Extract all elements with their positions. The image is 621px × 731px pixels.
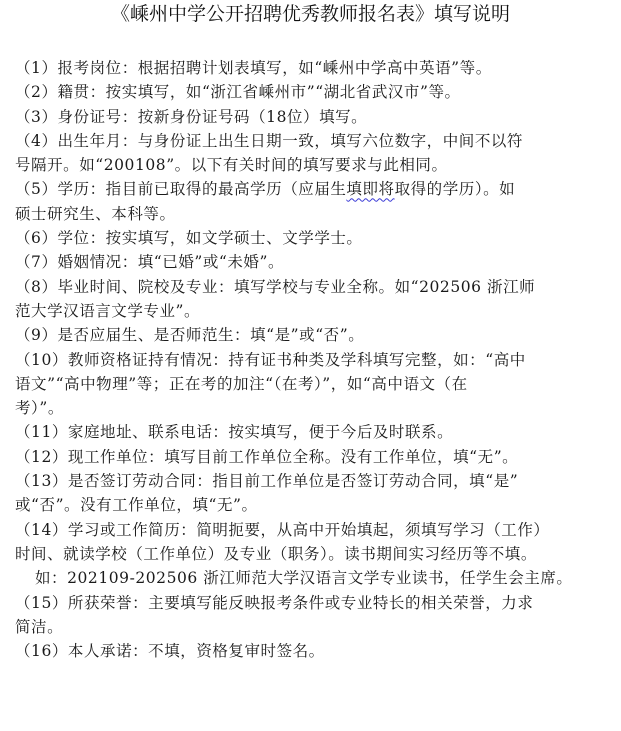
- instruction-line-8-cont: 范大学汉语言文学专业”。: [15, 299, 615, 323]
- instruction-line-10-cont: 语文”“高中物理”等；正在考的加注“（在考）”，如“高中语文（在: [15, 372, 615, 396]
- instruction-line-13: （13）是否签订劳动合同：指目前工作单位是否签订劳动合同，填“是”: [15, 469, 615, 493]
- instruction-line-3: （3）身份证号：按新身份证号码（18位）填写。: [15, 105, 615, 129]
- instruction-line-5-before: （5）学历：指目前已取得的最高学历（应届生: [15, 180, 346, 198]
- instruction-line-2: （2）籍贯：按实填写，如“浙江省嵊州市”“湖北省武汉市”等。: [15, 80, 615, 104]
- instructions-body: （1）报考岗位：根据招聘计划表填写，如“嵊州中学高中英语”等。 （2）籍贯：按实…: [15, 56, 615, 663]
- instruction-line-5: （5）学历：指目前已取得的最高学历（应届生填即将取得的学历）。如: [15, 177, 615, 201]
- instruction-line-6: （6）学位：按实填写，如文学硕士、文学学士。: [15, 226, 615, 250]
- instruction-line-4-cont: 号隔开。如“200108”。以下有关时间的填写要求与此相同。: [15, 153, 615, 177]
- spellcheck-underlined-text: 填即将: [346, 180, 394, 198]
- instruction-line-12: （12）现工作单位：填写目前工作单位全称。没有工作单位，填“无”。: [15, 445, 615, 469]
- document-title: 《嵊州中学公开招聘优秀教师报名表》填写说明: [0, 0, 621, 28]
- instruction-line-8: （8）毕业时间、院校及专业：填写学校与专业全称。如“202506 浙江师: [15, 275, 615, 299]
- instruction-line-13-cont: 或“否”。没有工作单位，填“无”。: [15, 493, 615, 517]
- instruction-line-14-example: 如：202109-202506 浙江师范大学汉语言文学专业读书，任学生会主席。: [15, 566, 615, 590]
- instruction-line-15-cont: 简洁。: [15, 615, 615, 639]
- instruction-line-4: （4）出生年月：与身份证上出生日期一致，填写六位数字，中间不以符: [15, 129, 615, 153]
- instruction-line-5-cont: 硕士研究生、本科等。: [15, 202, 615, 226]
- instruction-line-15: （15）所获荣誉：主要填写能反映报考条件或专业特长的相关荣誉，力求: [15, 591, 615, 615]
- instruction-line-10-cont2: 考）”。: [15, 396, 615, 420]
- instruction-line-9: （9）是否应届生、是否师范生：填“是”或“否”。: [15, 323, 615, 347]
- instruction-line-10: （10）教师资格证持有情况：持有证书种类及学科填写完整，如：“高中: [15, 348, 615, 372]
- instruction-line-16: （16）本人承诺：不填，资格复审时签名。: [15, 639, 615, 663]
- instruction-line-14-cont: 时间、就读学校（工作单位）及专业（职务）。读书期间实习经历等不填。: [15, 542, 615, 566]
- instruction-line-11: （11）家庭地址、联系电话：按实填写，便于今后及时联系。: [15, 420, 615, 444]
- instruction-line-1: （1）报考岗位：根据招聘计划表填写，如“嵊州中学高中英语”等。: [15, 56, 615, 80]
- instruction-line-7: （7）婚姻情况：填“已婚”或“未婚”。: [15, 250, 615, 274]
- instruction-line-14: （14）学习或工作简历：简明扼要，从高中开始填起，须填写学习（工作）: [15, 518, 615, 542]
- instruction-line-5-after: 取得的学历）。如: [395, 180, 516, 198]
